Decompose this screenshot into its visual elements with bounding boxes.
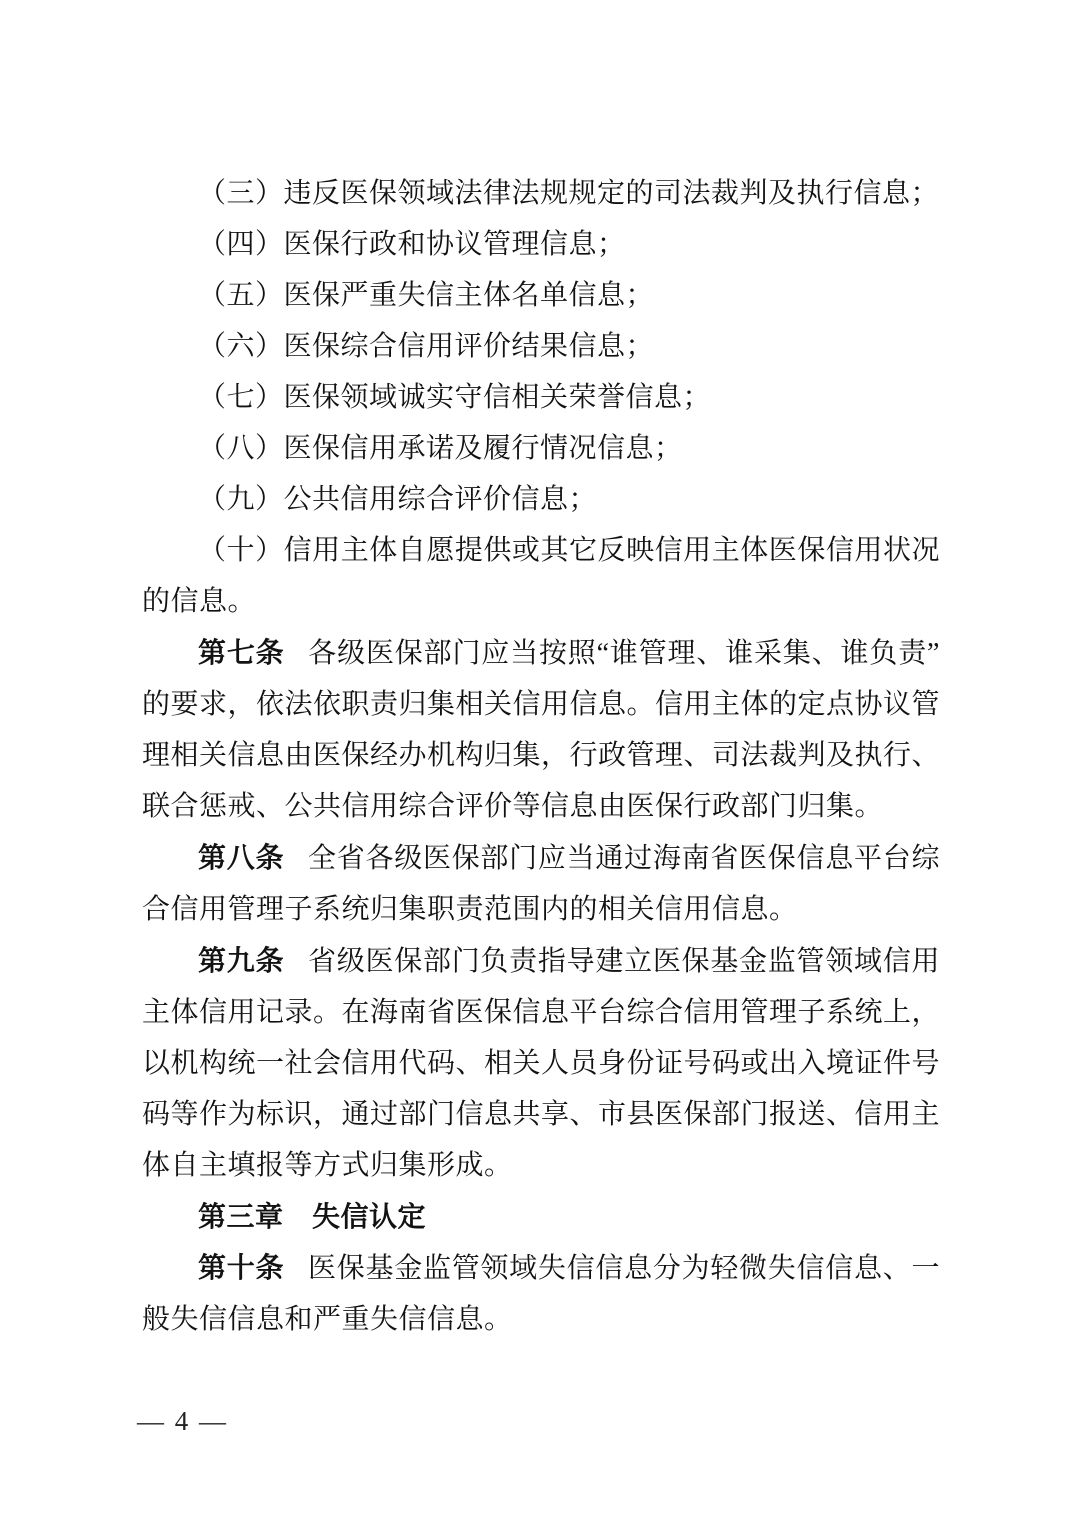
article-eight: 第八条全省各级医保部门应当通过海南省医保信息平台综合信用管理子系统归集职责范围内… [142,832,940,935]
list-item-6: （六）医保综合信用评价结果信息； [142,321,940,372]
page-number: — 4 — [137,1402,228,1440]
article-seven: 第七条各级医保部门应当按照“谁管理、谁采集、谁负责”的要求，依法依职责归集相关信… [142,627,940,832]
list-item-9: （九）公共信用综合评价信息； [142,474,940,525]
list-item-4: （四）医保行政和协议管理信息； [142,219,940,270]
article-ten-number: 第十条 [198,1252,284,1283]
chapter-heading: 第三章 失信认定 [142,1191,940,1242]
list-item-8: （八）医保信用承诺及履行情况信息； [142,423,940,474]
list-item-7: （七）医保领域诚实守信相关荣誉信息； [142,372,940,423]
list-item-10: （十）信用主体自愿提供或其它反映信用主体医保信用状况的信息。 [142,525,940,627]
article-nine-number: 第九条 [198,945,284,976]
list-item-5: （五）医保严重失信主体名单信息； [142,270,940,321]
article-nine: 第九条省级医保部门负责指导建立医保基金监管领域信用主体信用记录。在海南省医保信息… [142,935,940,1191]
document-page: （三）违反医保领域法律法规规定的司法裁判及执行信息； （四）医保行政和协议管理信… [0,0,1080,1527]
list-item-3: （三）违反医保领域法律法规规定的司法裁判及执行信息； [142,168,940,219]
article-eight-number: 第八条 [198,842,284,873]
article-seven-number: 第七条 [198,637,285,668]
document-body: （三）违反医保领域法律法规规定的司法裁判及执行信息； （四）医保行政和协议管理信… [142,168,940,1345]
article-nine-text: 省级医保部门负责指导建立医保基金监管领域信用主体信用记录。在海南省医保信息平台综… [142,946,940,1181]
article-ten: 第十条医保基金监管领域失信信息分为轻微失信信息、一般失信信息和严重失信信息。 [142,1242,940,1345]
